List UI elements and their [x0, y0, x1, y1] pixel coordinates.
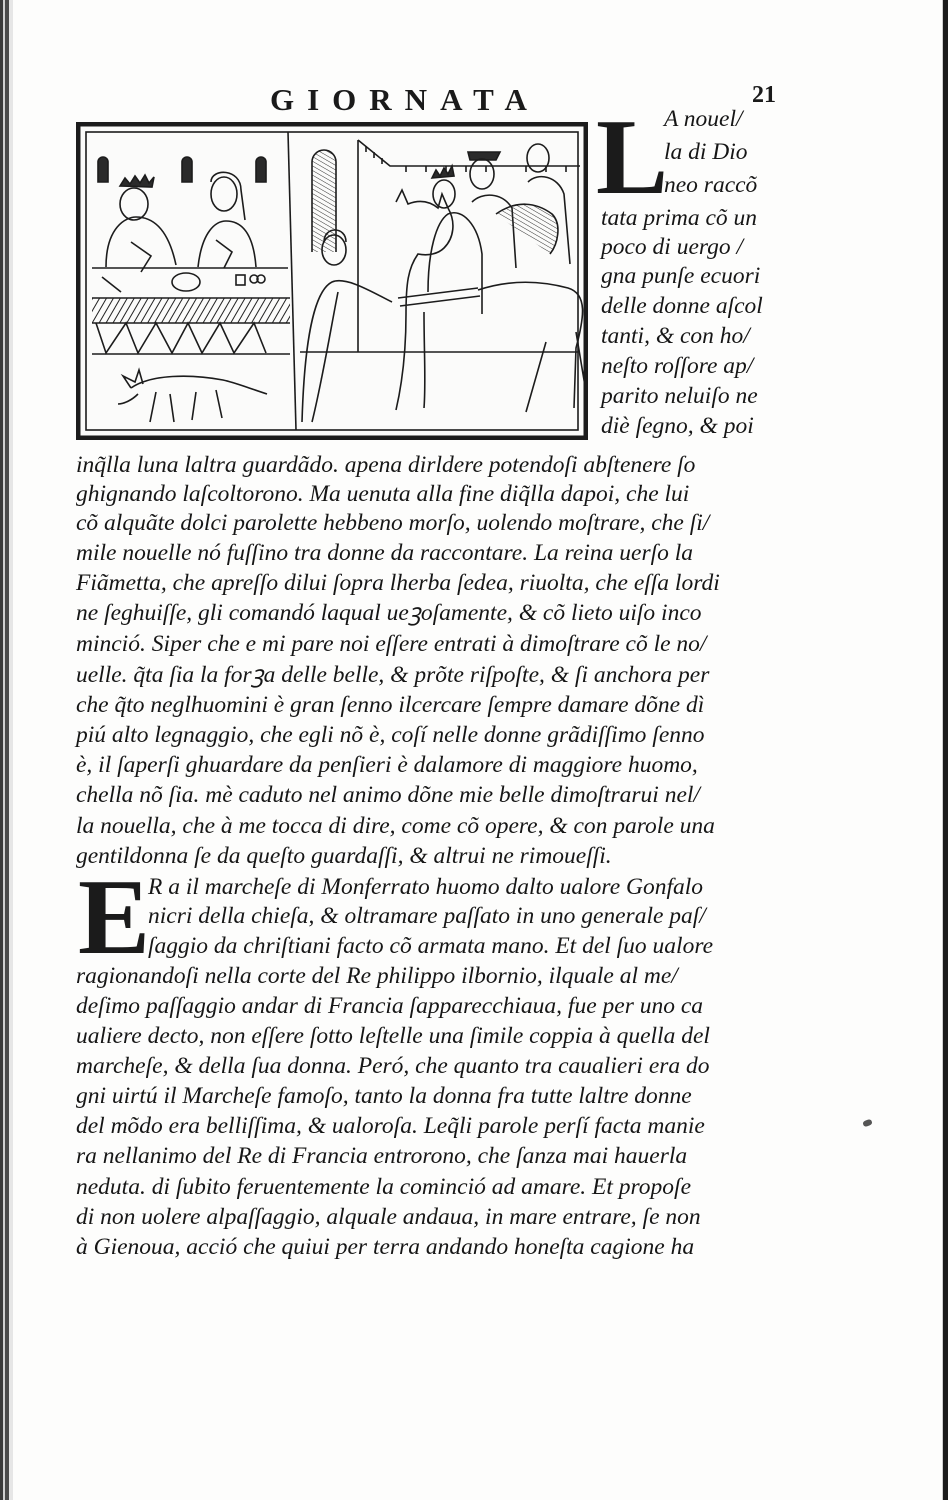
- text-line: deſimo paſſaggio andar di Francia ſappar…: [76, 991, 703, 1021]
- text-line: parito neluiſo ne: [601, 381, 758, 411]
- text-line: ſaggio da chriſtiani facto cõ armata man…: [148, 931, 713, 961]
- text-line: delle donne aſcol: [601, 291, 763, 321]
- text-line: neſto roſſore ap/: [601, 351, 753, 381]
- text-line: diè ſegno, & poi: [601, 411, 754, 441]
- text-line: cõ alquãte dolci parolette hebbeno morſo…: [76, 508, 709, 538]
- text-line: neo raccõ: [664, 170, 757, 200]
- drop-cap-l: L: [596, 116, 668, 200]
- text-line: ragionandoſi nella corte del Re philippo…: [76, 961, 678, 991]
- text-line: tata prima cõ un: [601, 203, 757, 233]
- text-line: gna punſe ecuori: [601, 261, 760, 291]
- folio-number: 21: [752, 82, 776, 109]
- scan-edge-right: [942, 0, 948, 1500]
- text-line: mile nouelle nó fuſſino tra donne da rac…: [76, 538, 693, 568]
- text-line: R a il marcheſe di Monferrato huomo dalt…: [148, 872, 703, 902]
- text-line: neduta. di ſubito feruentemente la comin…: [76, 1172, 691, 1202]
- text-line: piú alto legnaggio, che egli nõ è, coſí …: [76, 720, 705, 750]
- text-line: gentildonna ſe da queſto guardaſſi, & al…: [76, 841, 612, 871]
- text-line: inq̃lla luna laltra guardãdo. apena dirl…: [76, 450, 695, 480]
- text-line: A nouel/: [664, 104, 743, 134]
- text-line: poco di uergo /: [601, 232, 743, 262]
- text-line: marcheſe, & della ſua donna. Peró, che q…: [76, 1051, 710, 1081]
- woodcut-illustration: [76, 122, 588, 440]
- ink-speck: [862, 1119, 873, 1128]
- text-line: uelle. q̃ta ſia la forꝫa delle belle, & …: [76, 660, 709, 690]
- text-line: di non uolere alpaſſaggio, alquale andau…: [76, 1202, 701, 1232]
- text-line: è, il ſaperſi ghuardare da penſieri è da…: [76, 750, 698, 780]
- text-line: ra nellanimo del Re di Francia entrorono…: [76, 1141, 687, 1171]
- text-line: Fiãmetta, che apreſſo dilui ſopra lherba…: [76, 568, 720, 598]
- text-line: del mõdo era belliſſima, & ualoroſa. Leq…: [76, 1111, 705, 1141]
- running-head: GIORNATA: [270, 82, 540, 118]
- text-line: ualiere decto, non eſſere ſotto leſtelle…: [76, 1021, 710, 1051]
- drop-cap-e: E: [78, 876, 150, 960]
- text-line: tanti, & con ho/: [601, 321, 750, 351]
- text-line: che q̃to neglhuomini è gran ſenno ilcerc…: [76, 690, 704, 720]
- text-line: nicri della chieſa, & oltramare paſſato …: [148, 901, 706, 931]
- text-line: chella nõ ſia. mè caduto nel animo dõne …: [76, 780, 700, 810]
- text-line: à Gienoua, acció che quiui per terra and…: [76, 1232, 694, 1262]
- scan-edge-left: [0, 0, 13, 1500]
- text-line: gni uirtú il Marcheſe famoſo, tanto la d…: [76, 1081, 692, 1111]
- text-line: ne ſeghuiſſe, gli comandó laqual ueꝫoſam…: [76, 598, 702, 628]
- text-line: ghignando laſcoltorono. Ma uenuta alla f…: [76, 479, 689, 509]
- text-line: minció. Siper che e mi pare noi eſſere e…: [76, 629, 706, 659]
- text-line: la di Dio: [664, 137, 748, 167]
- text-line: la nouella, che à me tocca di dire, come…: [76, 811, 715, 841]
